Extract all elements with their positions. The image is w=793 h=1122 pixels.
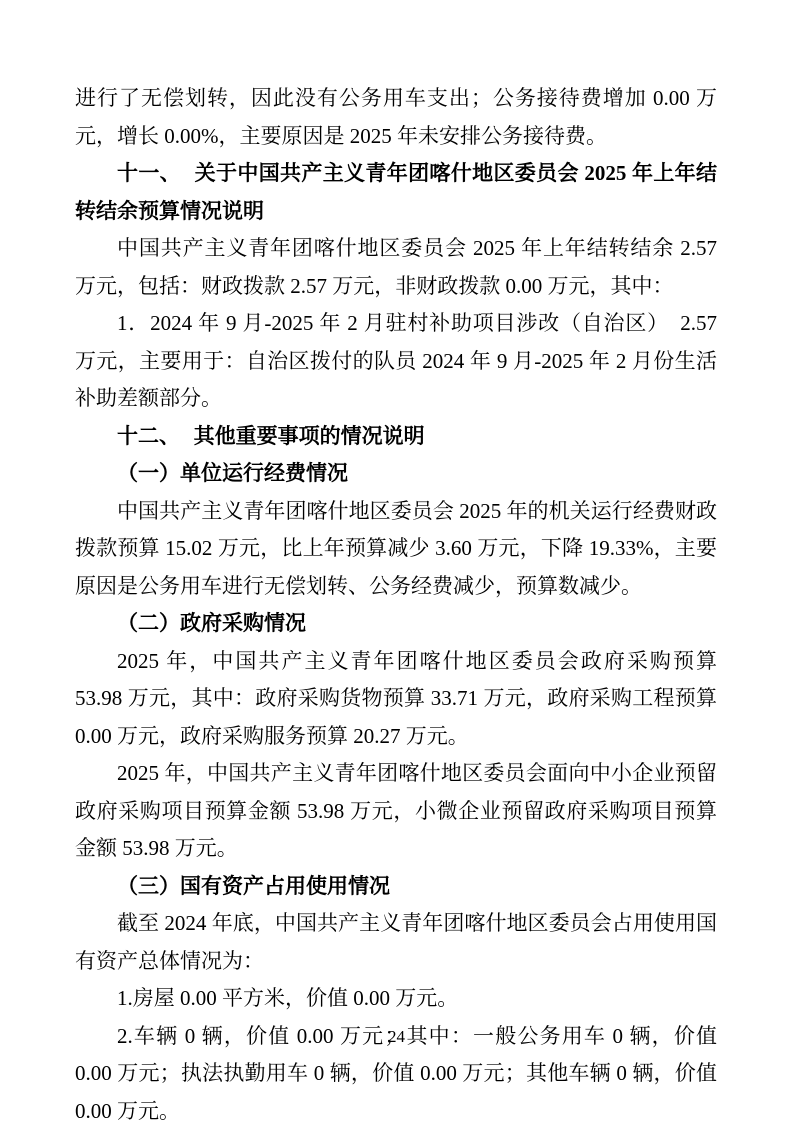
paragraph-state-assets-intro: 截至 2024 年底，中国共产主义青年团喀什地区委员会占用使用国有资产总体情况为… [75,905,717,980]
paragraph-carryover-item-1: 1．2024 年 9 月-2025 年 2 月驻村补助项目涉改（自治区） 2.5… [75,305,717,418]
paragraph-operating-expenses: 中国共产主义青年团喀什地区委员会 2025 年的机关运行经费财政拨款预算 15.… [75,493,717,606]
subsection-heading-3-state-assets: （三）国有资产占用使用情况 [75,868,717,906]
subsection-heading-2-government-procurement: （二）政府采购情况 [75,605,717,643]
section-12-number: 十二、 [117,424,180,448]
document-page: 进行了无偿划转，因此没有公务用车支出；公务接待费增加 0.00 万元，增长 0.… [0,0,793,1122]
page-footer: 24 [0,1026,793,1048]
paragraph-procurement-budget: 2025 年，中国共产主义青年团喀什地区委员会政府采购预算 53.98 万元，其… [75,643,717,756]
paragraph-state-assets-housing: 1.房屋 0.00 平方米，价值 0.00 万元。 [75,980,717,1018]
paragraph-carryover-summary: 中国共产主义青年团喀什地区委员会 2025 年上年结转结余 2.57 万元，包括… [75,230,717,305]
section-heading-12: 十二、其他重要事项的情况说明 [75,418,717,456]
section-11-number: 十一、 [117,161,181,185]
paragraph-procurement-sme-reserve: 2025 年，中国共产主义青年团喀什地区委员会面向中小企业预留政府采购项目预算金… [75,755,717,868]
paragraph-carryover-from-previous-page: 进行了无偿划转，因此没有公务用车支出；公务接待费增加 0.00 万元，增长 0.… [75,80,717,155]
section-heading-11: 十一、关于中国共产主义青年团喀什地区委员会 2025 年上年结转结余预算情况说明 [75,155,717,230]
section-12-title: 其他重要事项的情况说明 [194,424,425,448]
page-number: 24 [388,1027,405,1046]
subsection-heading-1-operating-expenses: （一）单位运行经费情况 [75,455,717,493]
